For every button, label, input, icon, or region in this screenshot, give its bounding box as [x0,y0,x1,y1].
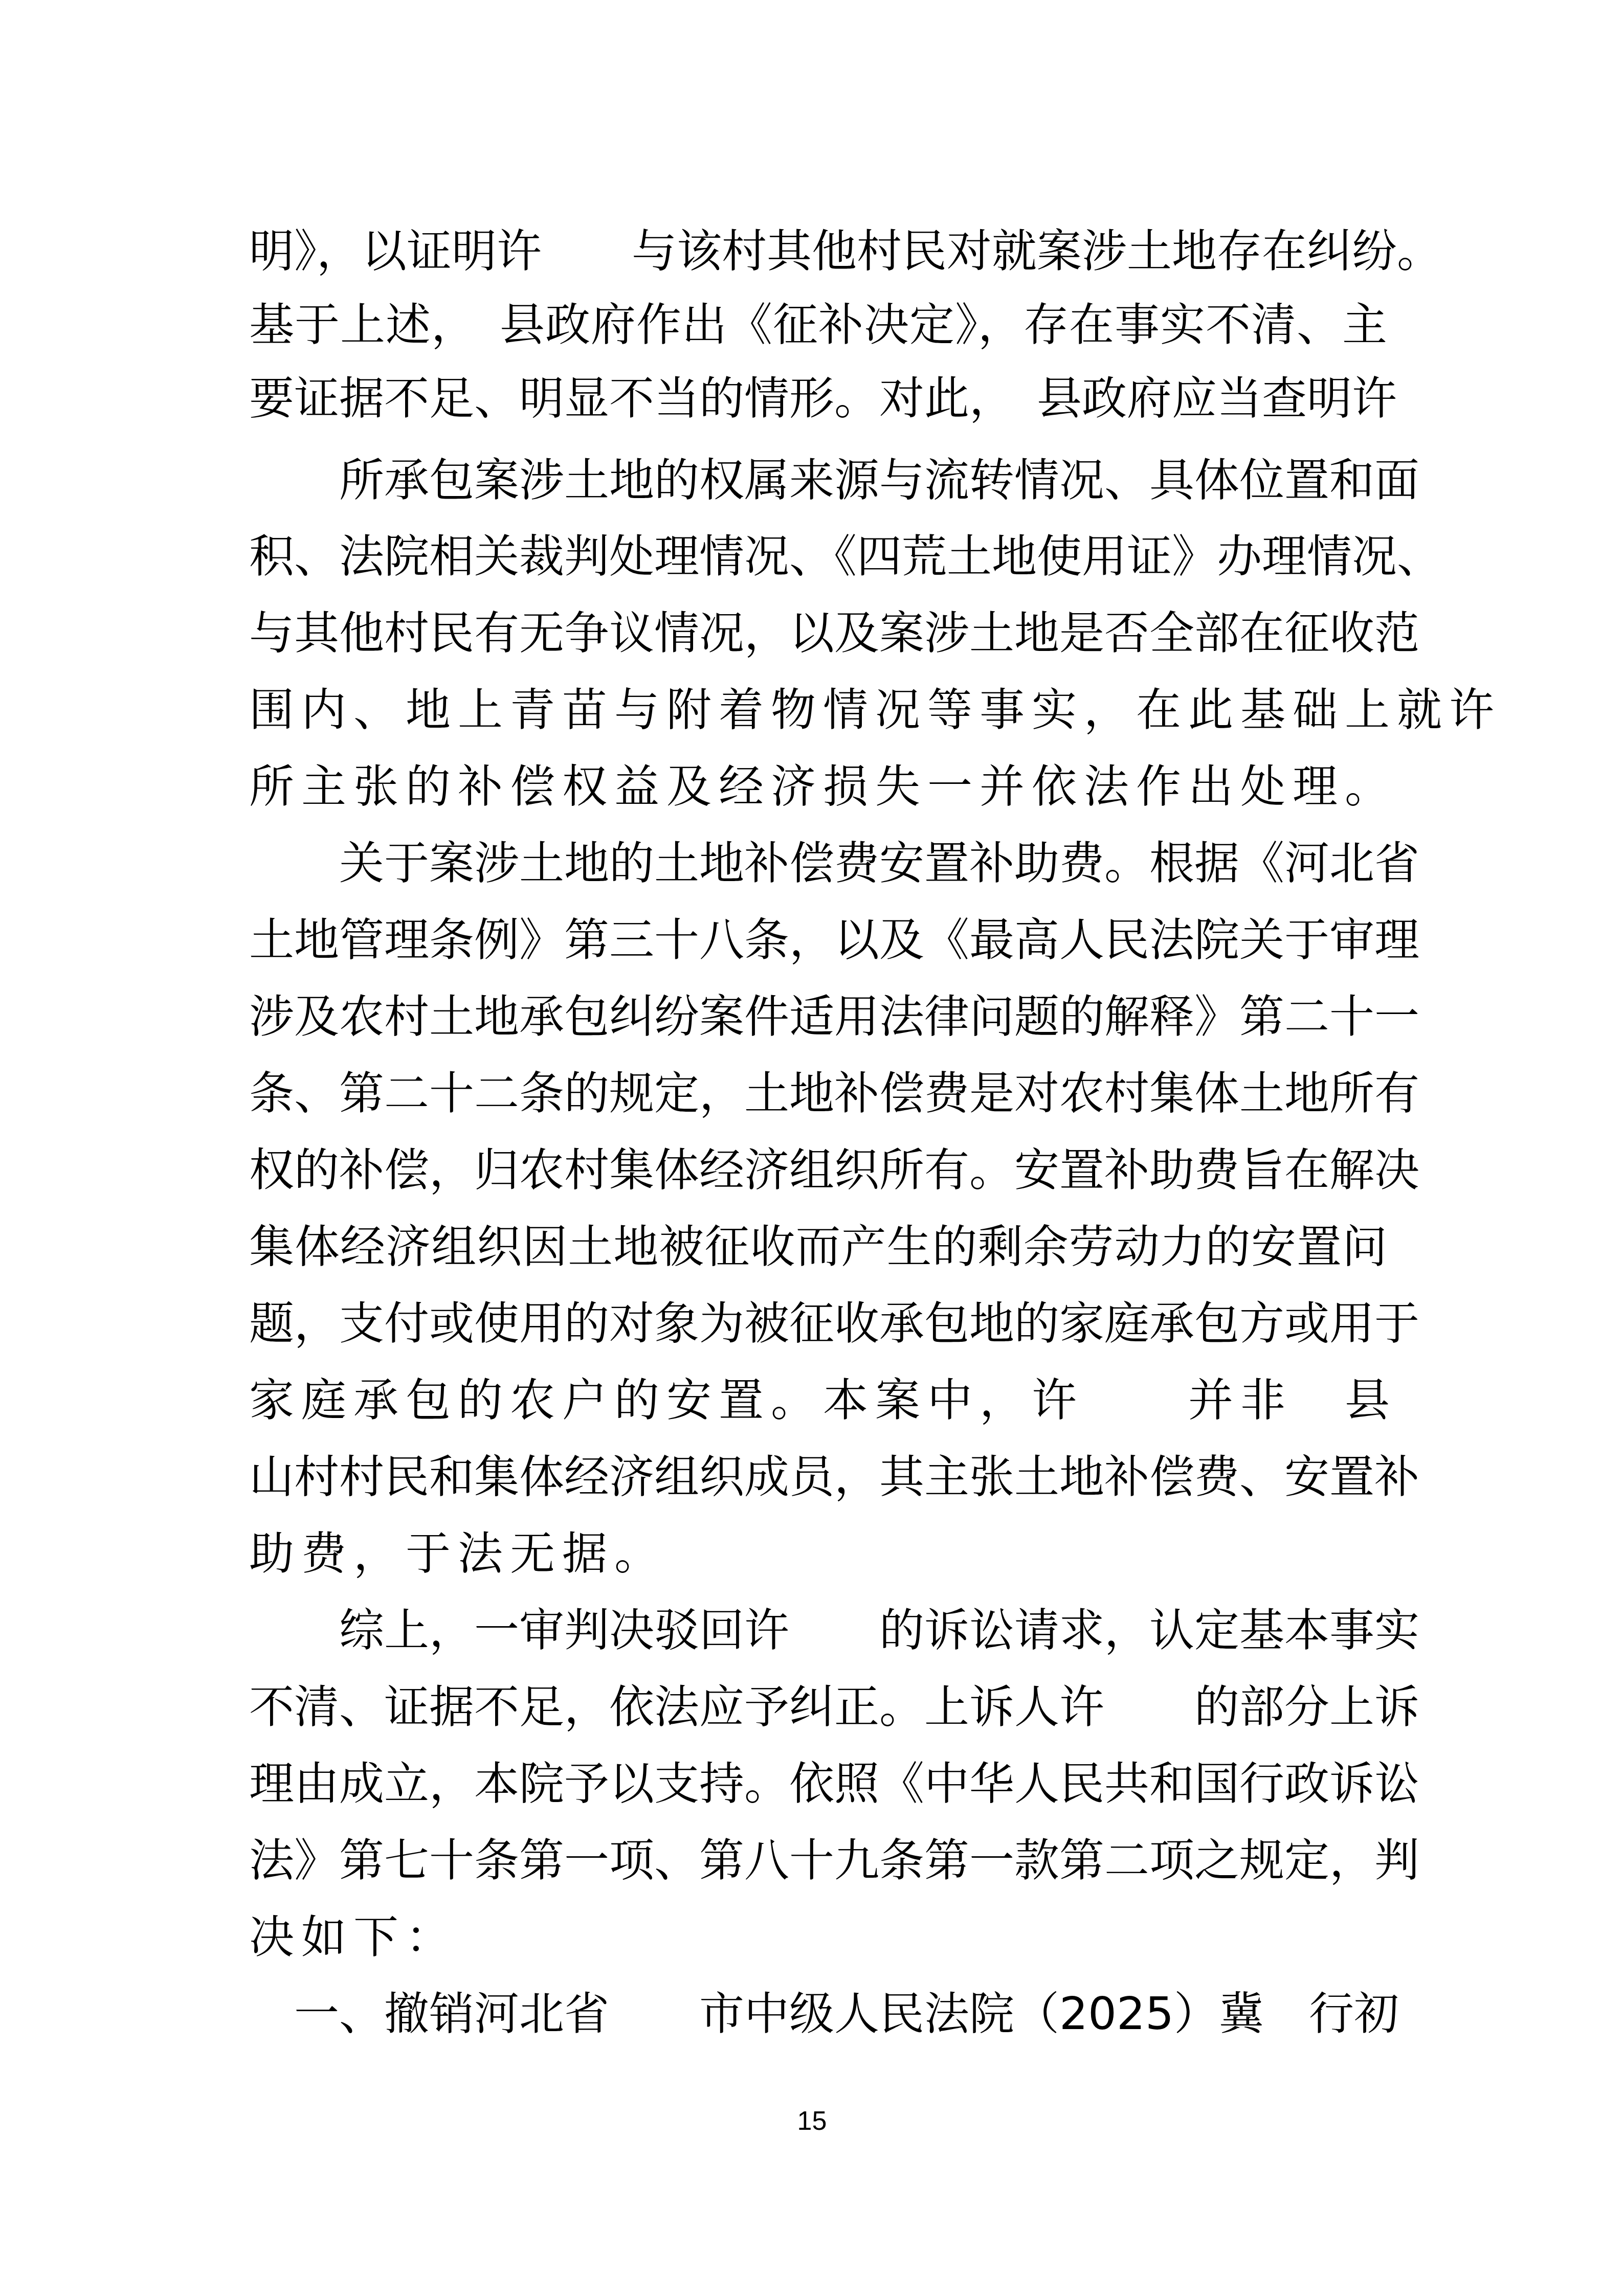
text-line-11: 涉及农村土地承包纠纷案件适用法律问题的解释》第二十一 [249,978,1387,1055]
document-page: 明》，以证明许 与该村其他村民对就案涉土地存在纠纷。 基于上述， 县政府作出《征… [0,0,1624,2296]
text-line-5: 积、法院相关裁判处理情况、《四荒土地使用证》办理情况、 [249,518,1387,595]
text-line-15: 题，支付或使用的对象为被征收承包地的家庭承包方或用于 [249,1285,1387,1362]
text-line-17: 山村村民和集体经济组织成员，其主张土地补偿费、安置补 [249,1438,1387,1515]
text-line-7: 围内、地上青苗与附着物情况等事实，在此基础上就许 [249,671,1387,748]
text-line-23: 决如下： [249,1899,1387,1975]
text-line-1: 明》，以证明许 与该村其他村民对就案涉土地存在纠纷。 [249,213,1387,289]
text-line-22: 法》第七十条第一项、第八十九条第一款第二项之规定，判 [249,1822,1387,1899]
text-line-19: 综上，一审判决驳回许 的诉讼请求，认定基本事实 [249,1592,1387,1669]
text-line-2: 基于上述， 县政府作出《征补决定》，存在事实不清、主 [249,286,1387,363]
text-line-9: 关于案涉土地的土地补偿费安置补助费。根据《河北省 [249,825,1387,902]
text-line-14: 集体经济组织因土地被征收而产生的剩余劳动力的安置问 [249,1208,1387,1285]
text-line-10: 土地管理条例》第三十八条，以及《最高人民法院关于审理 [249,902,1387,978]
text-line-12: 条、第二十二条的规定，土地补偿费是对农村集体土地所有 [249,1055,1387,1132]
text-line-4: 所承包案涉土地的权属来源与流转情况、具体位置和面 [249,442,1387,519]
page-number: 15 [0,2106,1624,2136]
text-line-24: 一、撤销河北省 市中级人民法院（2025）冀 行初 [249,1975,1387,2052]
text-line-20: 不清、证据不足，依法应予纠正。上诉人许 的部分上诉 [249,1669,1387,1745]
text-line-13: 权的补偿，归农村集体经济组织所有。安置补助费旨在解决 [249,1132,1387,1208]
text-line-16: 家庭承包的农户的安置。本案中，许 并非 县 [249,1362,1387,1438]
text-line-21: 理由成立，本院予以支持。依照《中华人民共和国行政诉讼 [249,1745,1387,1822]
text-line-18: 助费，于法无据。 [249,1515,1387,1592]
text-line-3: 要证据不足、明显不当的情形。对此， 县政府应当查明许 [249,360,1387,437]
text-line-8: 所主张的补偿权益及经济损失一并依法作出处理。 [249,748,1387,825]
text-line-6: 与其他村民有无争议情况，以及案涉土地是否全部在征收范 [249,595,1387,671]
